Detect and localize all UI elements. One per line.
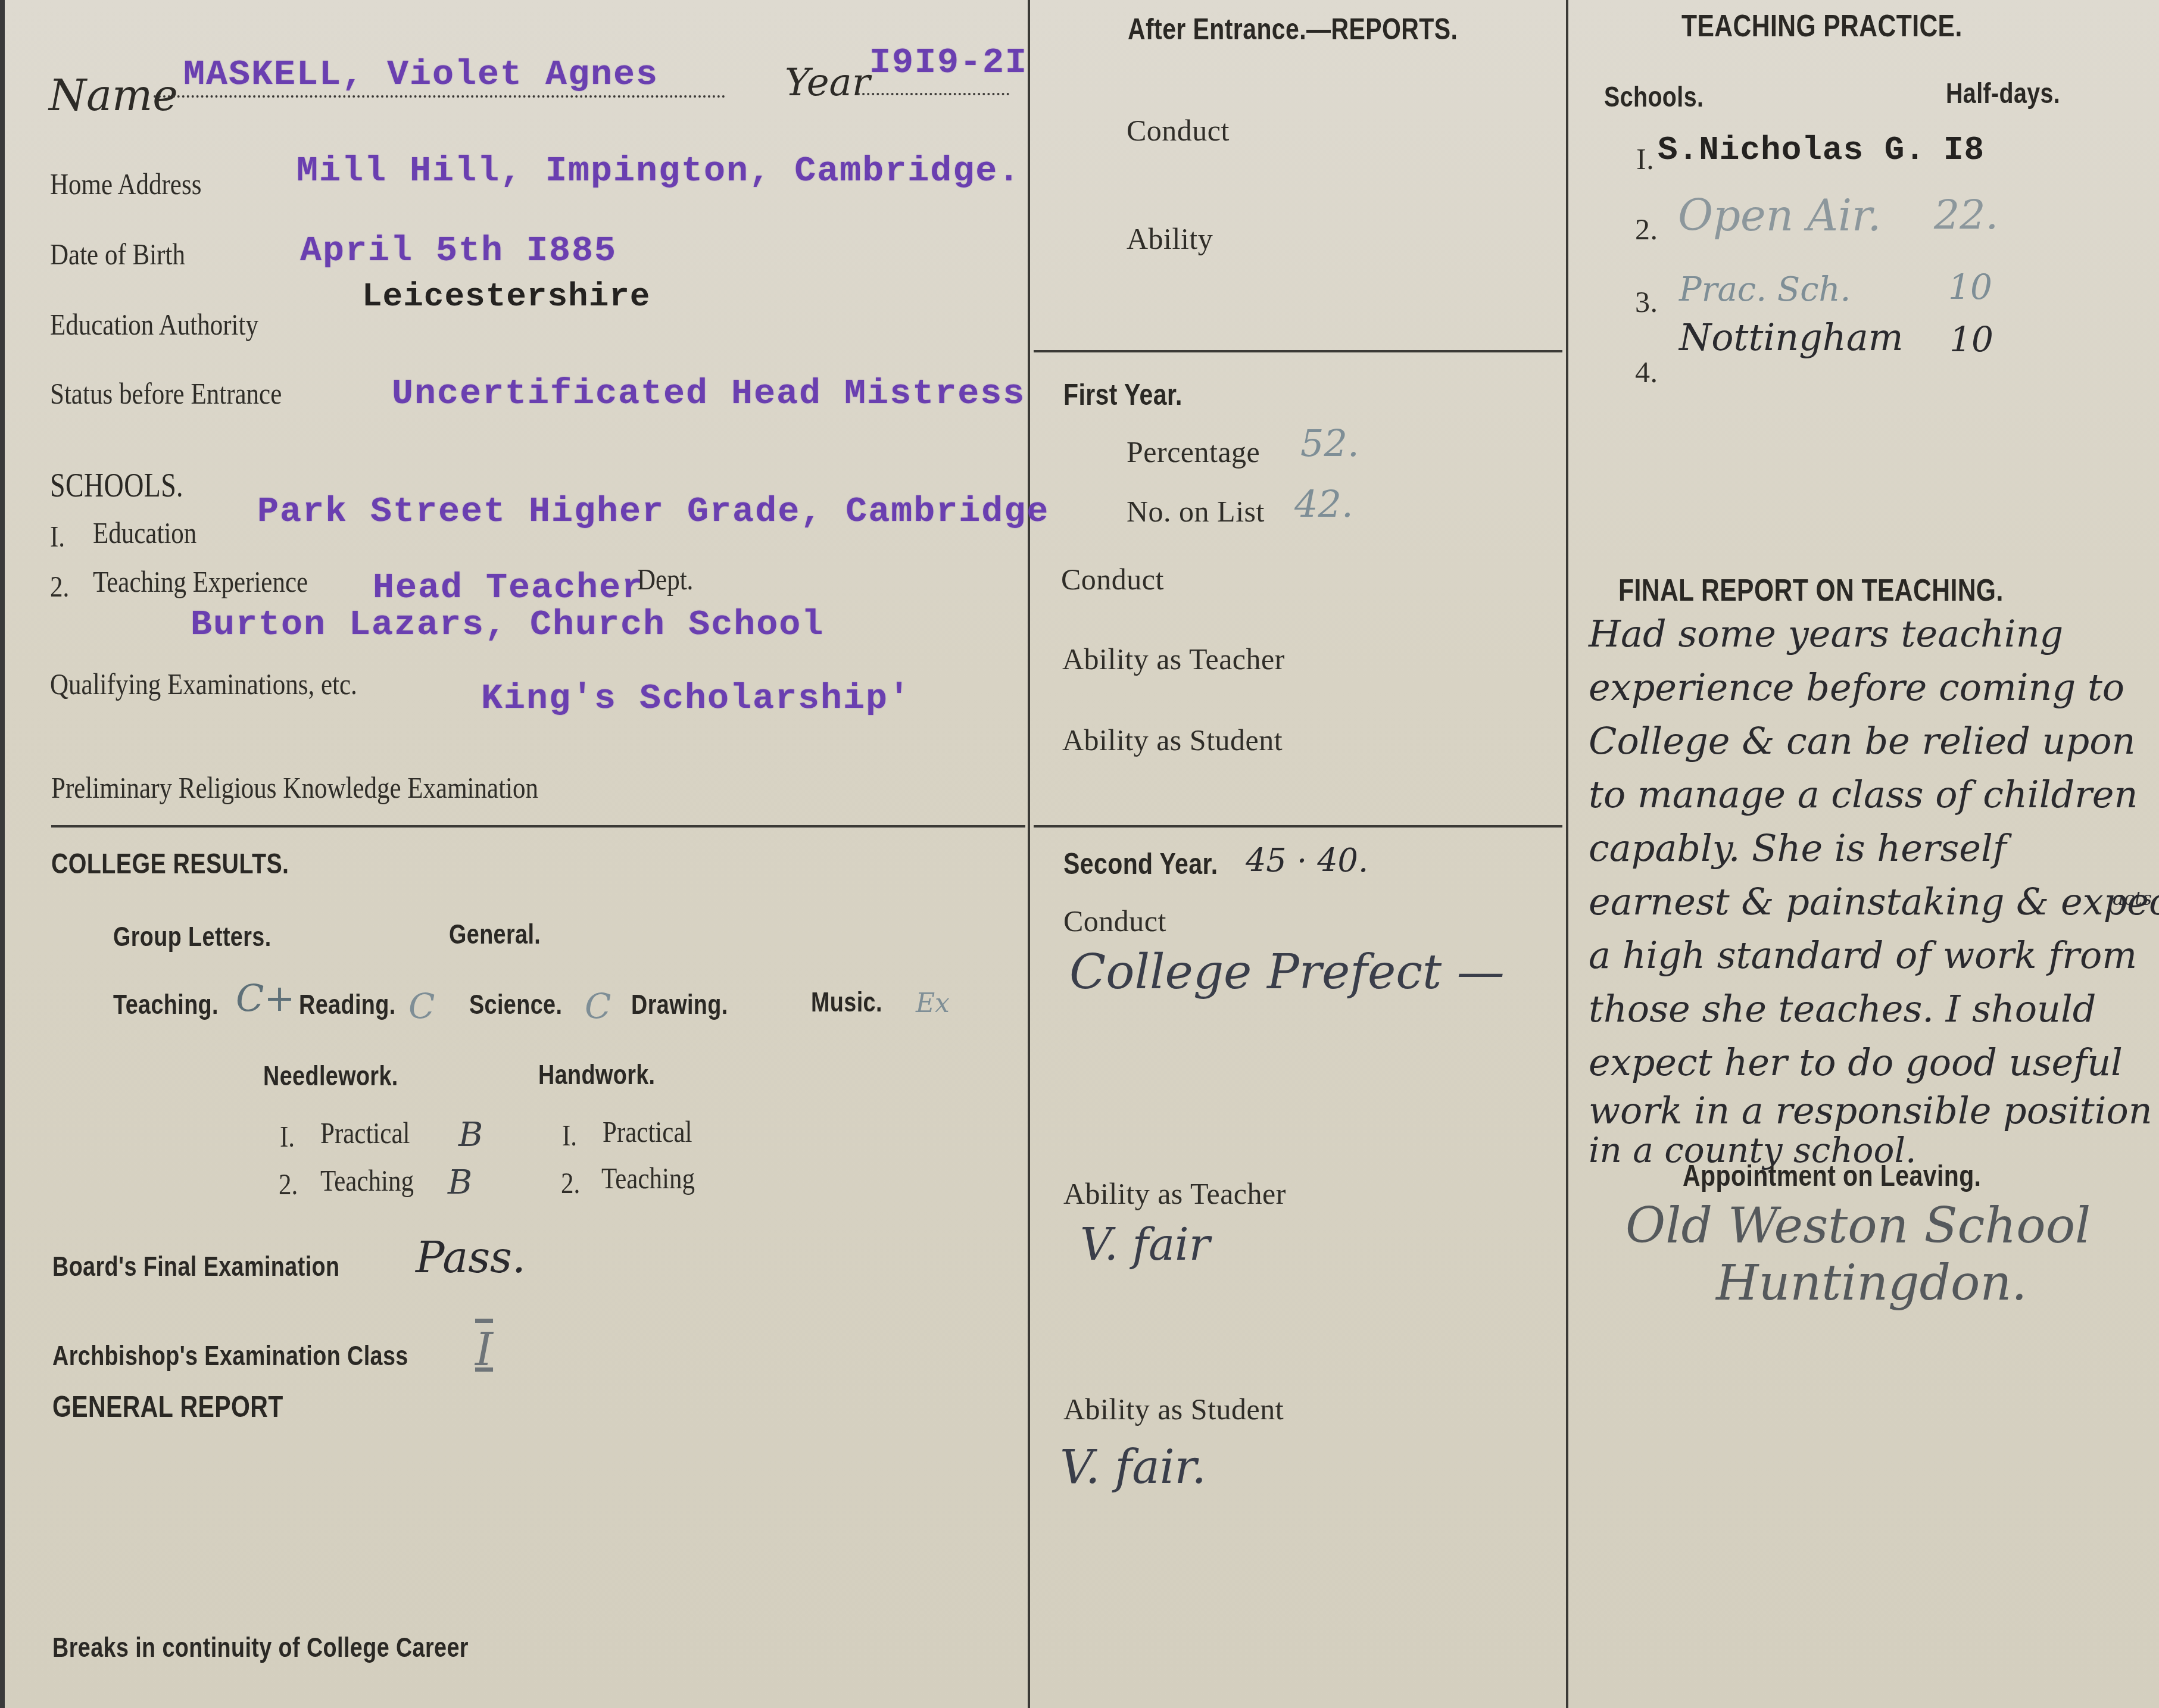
general-label: General. (449, 918, 541, 950)
group-letters-label: Group Letters. (113, 920, 272, 953)
mid-divider-after-entrance (1034, 350, 1562, 352)
first-year-list-label: No. on List (1127, 494, 1265, 529)
teaching-practice-heading: TEACHING PRACTICE. (1681, 8, 1963, 44)
second-year-ability-student-label: Ability as Student (1063, 1392, 1284, 1426)
year-label: Year (785, 61, 870, 105)
breaks-in-continuity-label: Breaks in continuity of College Career (52, 1631, 469, 1663)
practice-entry-2-school[interactable]: Open Air. (1678, 191, 1881, 241)
left-section-divider (51, 825, 1025, 828)
education-number: I. (50, 519, 65, 554)
appointment-heading: Appointment on Leaving. (1683, 1159, 1981, 1193)
education-label: Education (93, 516, 196, 550)
practice-entry-1-school[interactable]: S.Nicholas G. (1658, 131, 1926, 169)
after-entrance-ability-label: Ability (1127, 221, 1213, 256)
general-report-label: GENERAL REPORT (52, 1389, 283, 1424)
subject-music-label: Music. (811, 986, 882, 1018)
practice-entry-3-num: 3. (1635, 285, 1658, 319)
first-year-percentage-value[interactable]: 52. (1300, 421, 1359, 465)
name-value[interactable]: MASKELL, Violet Agnes (183, 55, 659, 95)
dob-value[interactable]: April 5th I885 (300, 231, 617, 271)
final-report-body: Had some years teaching experience befor… (1589, 607, 2154, 1168)
handwork-teaching-num: 2. (561, 1166, 580, 1200)
year-dotted-line (857, 93, 1009, 95)
first-year-heading: First Year. (1063, 377, 1183, 412)
after-entrance-conduct-label: Conduct (1127, 113, 1230, 148)
second-year-conduct-value[interactable]: College Prefect — (1069, 944, 1505, 1000)
final-report-line: experience before coming to (1589, 661, 2154, 714)
final-report-line: capably. She is herself (1589, 822, 2154, 875)
second-year-ability-student-value[interactable]: V. fair. (1060, 1441, 1206, 1494)
subject-reading-label: Reading. (299, 988, 396, 1020)
second-year-conduct-label: Conduct (1063, 904, 1166, 938)
needlework-teaching-grade[interactable]: B (448, 1163, 472, 1202)
reports-heading: After Entrance.—REPORTS. (1128, 12, 1458, 46)
subject-science-label: Science. (469, 988, 562, 1020)
handwork-teaching-label: Teaching (601, 1161, 695, 1195)
name-dotted-line (154, 95, 725, 98)
subject-teaching-grade[interactable]: C+ (236, 976, 295, 1020)
first-year-ability-teacher-label: Ability as Teacher (1062, 642, 1285, 676)
column-divider-left (1028, 0, 1030, 1708)
practice-entry-1-num: I. (1636, 142, 1654, 176)
year-value[interactable]: I9I9-2I (869, 43, 1028, 83)
final-report-heading: FINAL REPORT ON TEACHING. (1618, 573, 2004, 608)
second-year-ability-teacher-value[interactable]: V. fair (1080, 1219, 1210, 1270)
education-value[interactable]: Park Street Higher Grade, Cambridge (257, 492, 1049, 532)
appointment-line-2[interactable]: Huntingdon. (1716, 1255, 2027, 1312)
home-address-value[interactable]: Mill Hill, Impington, Cambridge. (297, 151, 1021, 192)
final-report-line: those she teaches. I should (1589, 982, 2154, 1036)
practice-entry-3-school[interactable]: Prac. Sch. (1679, 270, 1851, 309)
prelim-religious-label: Preliminary Religious Knowledge Examinat… (51, 770, 538, 805)
status-label: Status before Entrance (50, 376, 282, 411)
needlework-practical-grade[interactable]: B (458, 1116, 483, 1154)
first-year-percentage-label: Percentage (1127, 435, 1260, 469)
student-record-card: Name MASKELL, Violet Agnes Year I9I9-2I … (0, 0, 2159, 1708)
dob-label: Date of Birth (50, 237, 185, 271)
needlework-teaching-num: 2. (279, 1167, 298, 1201)
final-report-line: expect her to do good useful (1589, 1036, 2154, 1089)
practice-entry-1-half-days[interactable]: I8 (1943, 131, 1985, 169)
first-year-list-value[interactable]: 42. (1294, 482, 1353, 526)
practice-entry-3-half-days[interactable]: 10 (1948, 267, 1992, 307)
handwork-label: Handwork. (538, 1058, 656, 1091)
needlework-practical-label: Practical (320, 1116, 410, 1150)
boards-final-label: Board's Final Examination (52, 1250, 339, 1282)
final-report-line: earnest & painstaking & expects (1589, 875, 2154, 929)
qualifying-exams-label: Qualifying Examinations, etc. (50, 667, 357, 701)
practice-entry-4-half-days[interactable]: 10 (1949, 319, 1993, 360)
schools-heading: SCHOOLS. (50, 467, 183, 505)
final-report-line: to manage a class of children (1589, 768, 2154, 822)
half-days-column-label: Half-days. (1946, 77, 2060, 110)
subject-drawing-label: Drawing. (631, 988, 728, 1020)
home-address-label: Home Address (50, 167, 201, 201)
first-year-ability-student-label: Ability as Student (1062, 723, 1283, 757)
second-year-ability-teacher-label: Ability as Teacher (1063, 1176, 1286, 1211)
needlework-practical-num: I. (280, 1119, 295, 1154)
needlework-teaching-label: Teaching (320, 1163, 414, 1198)
education-authority-value[interactable]: Leicestershire (362, 277, 650, 316)
boards-final-value[interactable]: Pass. (416, 1232, 526, 1282)
teaching-exp-value[interactable]: Head Teacher (373, 568, 644, 608)
practice-entry-2-half-days[interactable]: 22. (1934, 192, 1998, 239)
practice-entry-4-num: 4. (1635, 355, 1658, 389)
final-report-line: a high standard of work from (1589, 929, 2154, 982)
schools-column-label: Schools. (1604, 81, 1704, 114)
archbishop-exam-class[interactable]: I (475, 1323, 493, 1376)
needlework-label: Needlework. (263, 1060, 398, 1092)
handwork-practical-label: Practical (603, 1114, 692, 1149)
status-value[interactable]: Uncertificated Head Mistress (392, 374, 1025, 414)
archbishop-exam-label: Archbishop's Examination Class (52, 1339, 408, 1372)
final-report-line: Had some years teaching (1589, 607, 2154, 661)
subject-science-grade[interactable]: C (585, 986, 611, 1026)
second-year-marks[interactable]: 45 · 40. (1246, 842, 1368, 879)
practice-entry-4-school[interactable]: Nottingham (1679, 316, 1904, 359)
teaching-dept-label: Dept. (637, 562, 693, 597)
teaching-exp-number: 2. (50, 569, 69, 604)
teaching-exp-school[interactable]: Burton Lazars, Church School (191, 605, 824, 645)
college-results-heading: COLLEGE RESULTS. (51, 848, 289, 880)
second-year-heading: Second Year. (1063, 847, 1218, 881)
practice-entry-2-num: 2. (1635, 212, 1658, 246)
qualifying-exams-value[interactable]: King's Scholarship' (481, 679, 911, 719)
teaching-exp-label: Teaching Experience (93, 564, 308, 599)
subject-teaching-label: Teaching. (113, 988, 219, 1020)
final-report-line: work in a responsible position (1589, 1089, 2154, 1132)
education-authority-label: Education Authority (50, 307, 258, 342)
column-divider-right (1566, 0, 1568, 1708)
final-report-line: College & can be relied upon (1589, 714, 2154, 768)
handwork-practical-num: I. (562, 1118, 577, 1153)
subject-reading-grade[interactable]: C (408, 986, 435, 1026)
subject-music-grade[interactable]: Ex (916, 988, 950, 1019)
first-year-conduct-label: Conduct (1061, 562, 1164, 597)
mid-divider-first-year (1034, 825, 1562, 828)
appointment-line-1[interactable]: Old Weston School (1626, 1198, 2091, 1254)
